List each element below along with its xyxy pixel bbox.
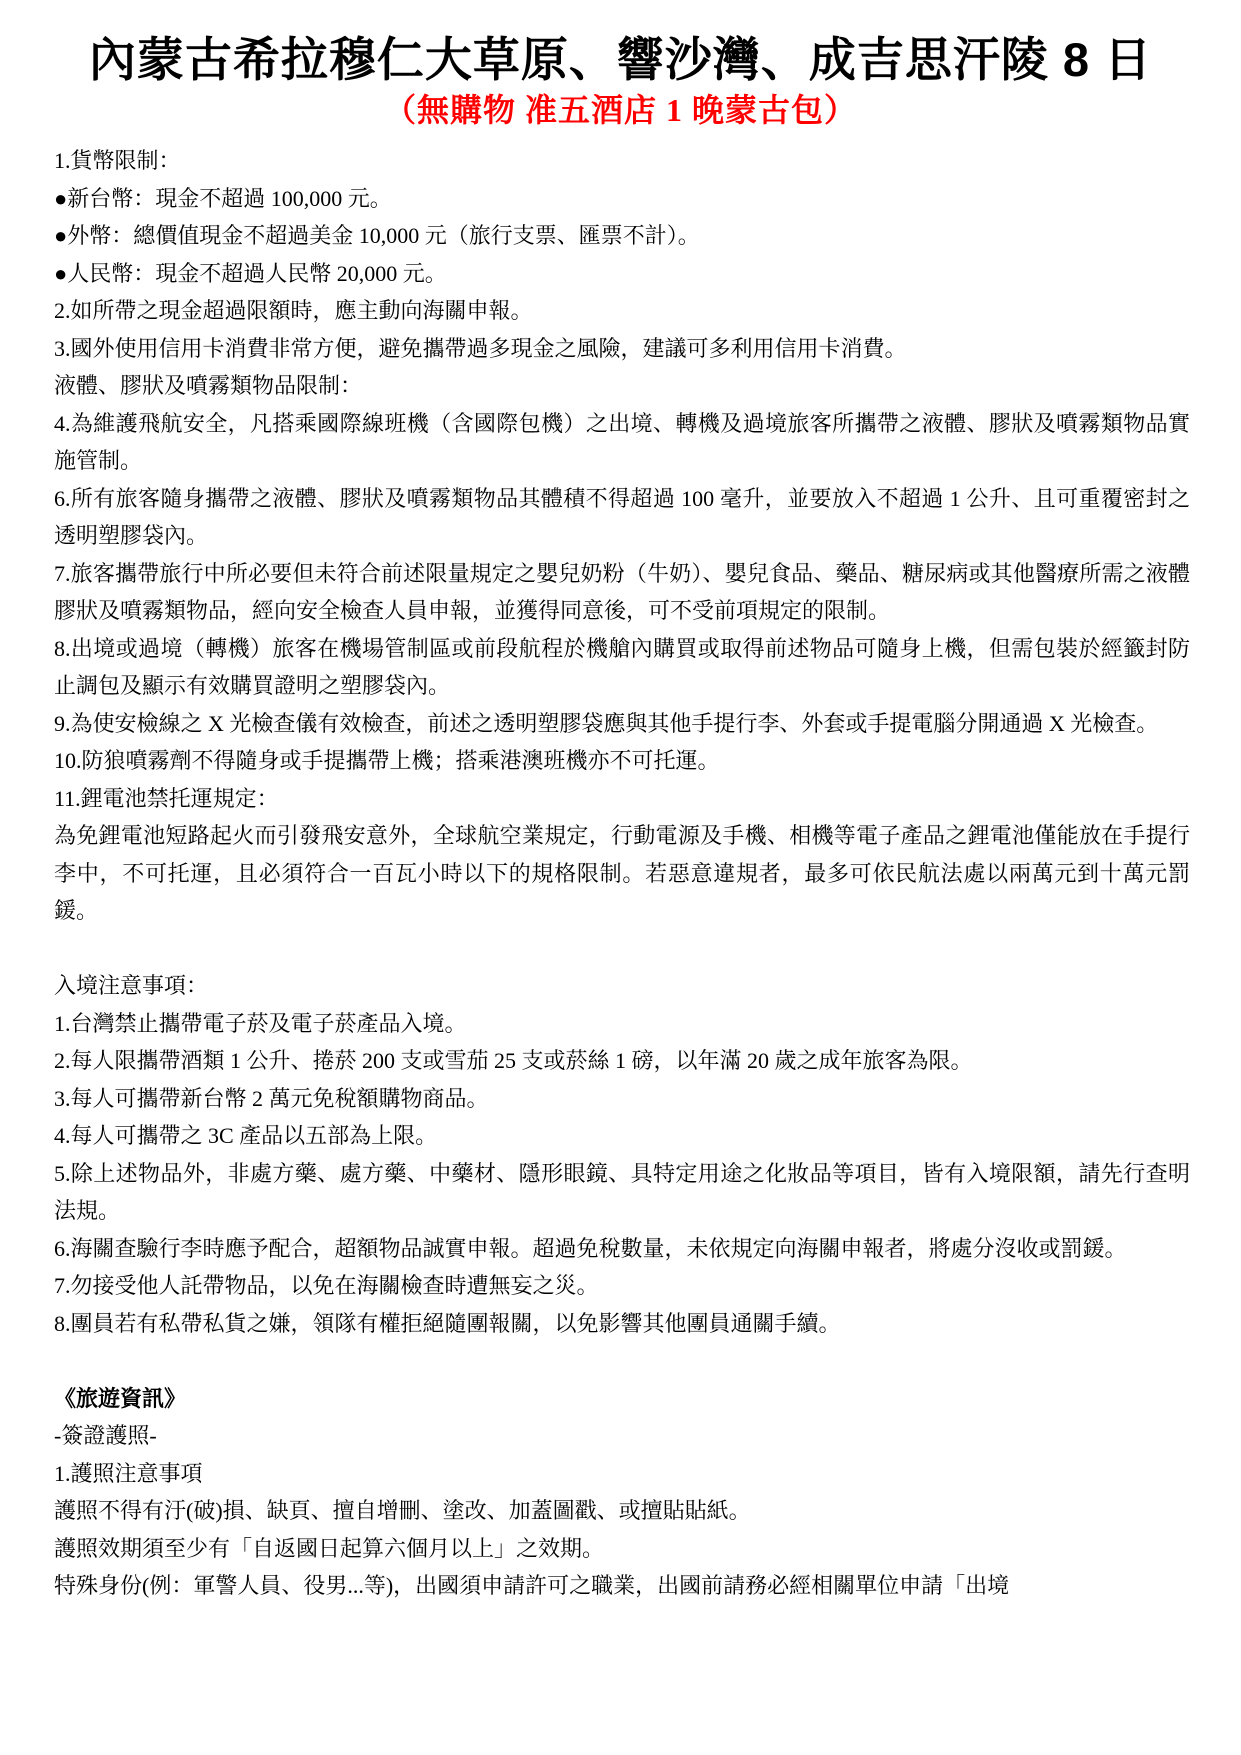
text-line: 3.國外使用信用卡消費非常方便，避免攜帶過多現金之風險，建議可多利用信用卡消費。 (54, 330, 1190, 368)
text-line: 2.如所帶之現金超過限額時，應主動向海關申報。 (54, 292, 1190, 330)
text-line (54, 930, 1190, 968)
text-line: 7.旅客攜帶旅行中所必要但未符合前述限量規定之嬰兒奶粉（牛奶）、嬰兒食品、藥品、… (54, 555, 1190, 630)
document-page: 內蒙古希拉穆仁大草原、響沙灣、成吉思汗陵 8 日 （無購物 准五酒店 1 晚蒙古… (0, 0, 1241, 1755)
text-line: 為免鋰電池短路起火而引發飛安意外，全球航空業規定，行動電源及手機、相機等電子產品… (54, 817, 1190, 930)
text-line: 6.所有旅客隨身攜帶之液體、膠狀及噴霧類物品其體積不得超過 100 毫升，並要放… (54, 480, 1190, 555)
text-line: 4.每人可攜帶之 3C 產品以五部為上限。 (54, 1117, 1190, 1155)
text-line: 特殊身份(例：軍警人員、役男...等)，出國須申請許可之職業，出國前請務必經相關… (54, 1567, 1190, 1605)
text-line: 護照效期須至少有「自返國日起算六個月以上」之效期。 (54, 1530, 1190, 1568)
text-line: 6.海關查驗行李時應予配合，超額物品誠實申報。超過免稅數量，未依規定向海關申報者… (54, 1230, 1190, 1268)
text-line: 10.防狼噴霧劑不得隨身或手提攜帶上機；搭乘港澳班機亦不可托運。 (54, 742, 1190, 780)
text-line: 3.每人可攜帶新台幣 2 萬元免稅額購物商品。 (54, 1080, 1190, 1118)
text-line: 8.出境或過境（轉機）旅客在機場管制區或前段航程於機艙內購買或取得前述物品可隨身… (54, 630, 1190, 705)
text-line: 1.貨幣限制： (54, 142, 1190, 180)
text-line: ●人民幣：現金不超過人民幣 20,000 元。 (54, 255, 1190, 293)
text-line (54, 1342, 1190, 1380)
text-line: 5.除上述物品外，非處方藥、處方藥、中藥材、隱形眼鏡、具特定用途之化妝品等項目，… (54, 1155, 1190, 1230)
document-subtitle: （無購物 准五酒店 1 晚蒙古包） (0, 88, 1241, 133)
document-body: 1.貨幣限制：●新台幣：現金不超過 100,000 元。●外幣：總價值現金不超過… (54, 142, 1190, 1605)
text-line: 11.鋰電池禁托運規定： (54, 780, 1190, 818)
text-line: 1.護照注意事項 (54, 1455, 1190, 1493)
text-line: 入境注意事項： (54, 967, 1190, 1005)
text-line: 2.每人限攜帶酒類 1 公升、捲菸 200 支或雪茄 25 支或菸絲 1 磅，以… (54, 1042, 1190, 1080)
text-line: ●外幣：總價值現金不超過美金 10,000 元（旅行支票、匯票不計）。 (54, 217, 1190, 255)
text-line: 8.團員若有私帶私貨之嫌，領隊有權拒絕隨團報關，以免影響其他團員通關手續。 (54, 1305, 1190, 1343)
text-line: 液體、膠狀及噴霧類物品限制： (54, 367, 1190, 405)
document-title: 內蒙古希拉穆仁大草原、響沙灣、成吉思汗陵 8 日 (30, 32, 1211, 88)
text-line: -簽證護照- (54, 1417, 1190, 1455)
text-line: 1.台灣禁止攜帶電子菸及電子菸產品入境。 (54, 1005, 1190, 1043)
text-line: 4.為維護飛航安全，凡搭乘國際線班機（含國際包機）之出境、轉機及過境旅客所攜帶之… (54, 405, 1190, 480)
text-line: 9.為使安檢線之 X 光檢查儀有效檢查，前述之透明塑膠袋應與其他手提行李、外套或… (54, 705, 1190, 743)
text-line: ●新台幣：現金不超過 100,000 元。 (54, 180, 1190, 218)
text-line: 護照不得有汙(破)損、缺頁、擅自增刪、塗改、加蓋圖戳、或擅貼貼紙。 (54, 1492, 1190, 1530)
text-line: 《旅遊資訊》 (54, 1380, 1190, 1418)
text-line: 7.勿接受他人託帶物品，以免在海關檢查時遭無妄之災。 (54, 1267, 1190, 1305)
